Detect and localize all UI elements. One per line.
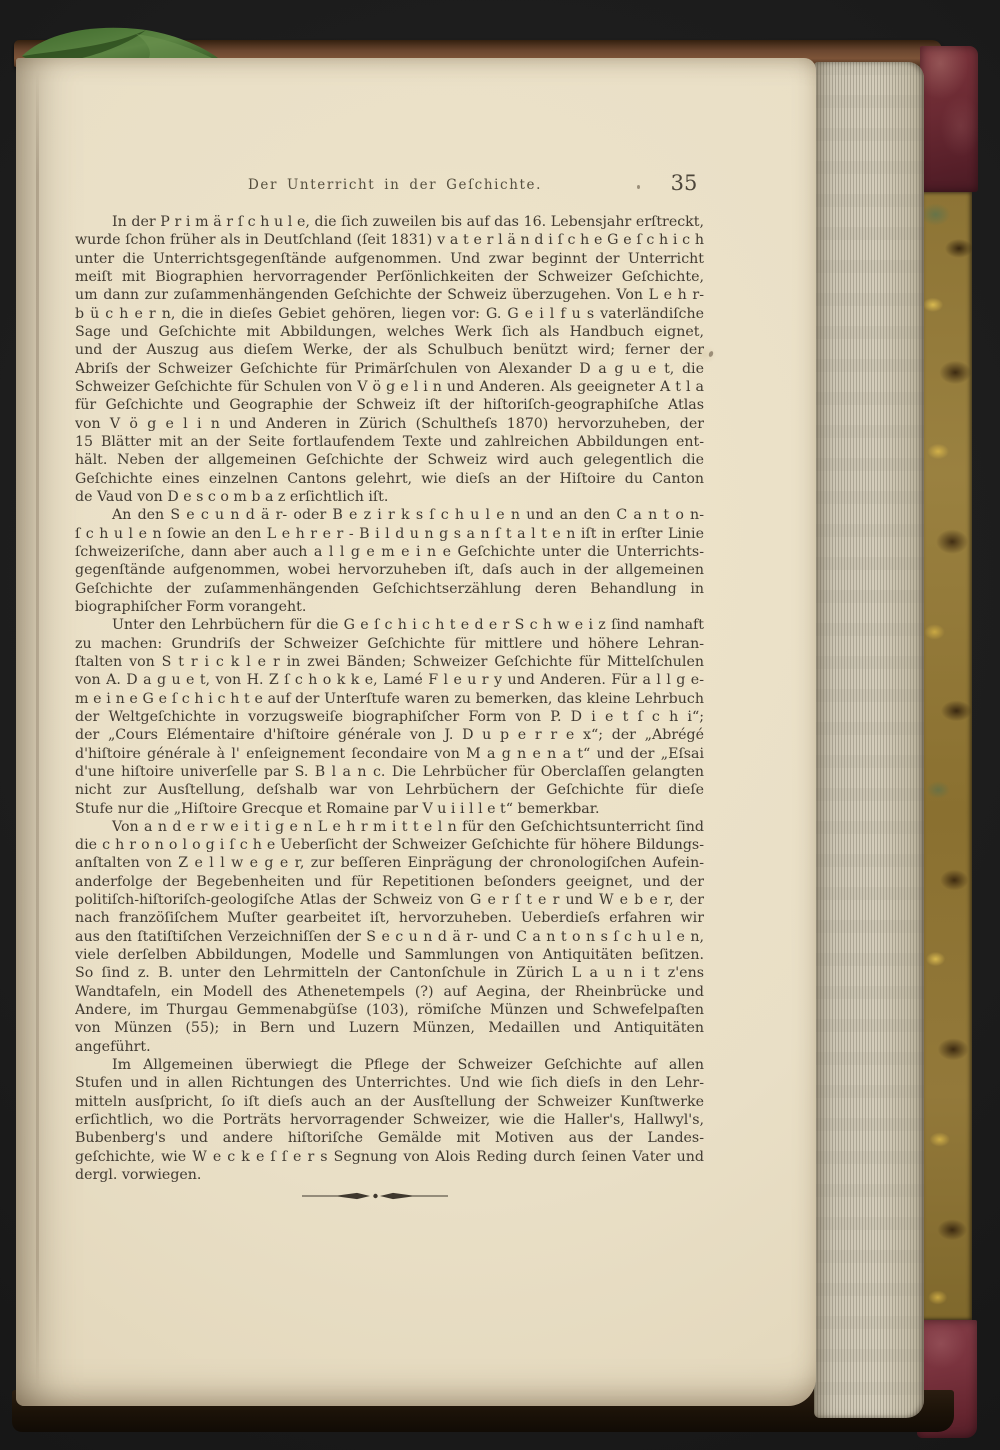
- text-line: Im Allgemeinen überwiegt die Pflege der …: [75, 1056, 704, 1074]
- text-line: politiſch-hiſtoriſch-geologiſche Atlas d…: [75, 891, 704, 909]
- text-line: die c h r o n o l o g i ſ c h e Ueberſic…: [75, 836, 704, 854]
- text-line: viele derſelben Abbildungen, Modelle und…: [75, 946, 704, 964]
- text-line: b ü c h e r n, die in dieſes Gebiet gehö…: [75, 305, 704, 323]
- text-line: In der P r i m ä r ſ c h u l e, die ſich…: [75, 213, 704, 231]
- body-text: In der P r i m ä r ſ c h u l e, die ſich…: [75, 213, 704, 1184]
- text-line: d'hiſtoire générale à l' enſeignement ſe…: [75, 745, 704, 763]
- text-line: von Münzen (55); in Bern und Luzern Münz…: [75, 1019, 704, 1037]
- text-line: unter die Unterrichtsgegenſtände aufgeno…: [75, 250, 704, 268]
- running-header: Der Unterricht in der Geſchichte.: [240, 177, 550, 193]
- text-line: biographiſcher Form vorangeht.: [75, 598, 704, 616]
- text-line: und der Auszug aus dieſem Werke, der als…: [75, 341, 704, 359]
- text-line: für Geſchichte und Geographie der Schwei…: [75, 396, 704, 414]
- text-line: Geſchichte eines einzelnen Cantons geleh…: [75, 470, 704, 488]
- text-line: zu machen: Grundriſs der Schweizer Geſch…: [75, 635, 704, 653]
- section-divider-ornament: [300, 1188, 450, 1204]
- text-line: Stufen und in allen Richtungen des Unter…: [75, 1074, 704, 1092]
- text-line: Bubenberg's und andere hiſtoriſche Gemäl…: [75, 1129, 704, 1147]
- text-line: An den S e c u n d ä r- oder B e z i r k…: [75, 506, 704, 524]
- text-line: So ſind z. B. unter den Lehrmitteln der …: [75, 964, 704, 982]
- text-line: Schweizer Geſchichte für Schulen von V ö…: [75, 378, 704, 396]
- gutter-fold-line: [36, 70, 39, 1390]
- page-number: 35: [658, 171, 710, 195]
- text-line: geſchichte, wie W e c k e ſ ſ e r s Segn…: [75, 1148, 704, 1166]
- text-line: nicht zur Ausſtellung, deſshalb war von …: [75, 781, 704, 799]
- text-line: Wandtafeln, ein Modell des Athenetempels…: [75, 983, 704, 1001]
- text-line: ſchweizeriſche, dann aber auch a l l g e…: [75, 543, 704, 561]
- text-line: Geſchichte der zuſammenhängenden Geſchic…: [75, 580, 704, 598]
- text-line: mitteln ausſpricht, ſo iſt dieſs auch an…: [75, 1093, 704, 1111]
- text-line: 15 Blätter mit an der Seite fortlaufende…: [75, 433, 704, 451]
- text-line: der „Cours Elémentaire d'hiſtoire généra…: [75, 726, 704, 744]
- text-line: aus den ſtatiſtiſchen Verzeichniſſen der…: [75, 928, 704, 946]
- text-line: anſtalten von Z e l l w e g e r, zur beſ…: [75, 854, 704, 872]
- text-line: wurde ſchon früher als in Deutſchland (ſ…: [75, 231, 704, 249]
- text-line: nach franzöſiſchem Muſter gearbeitet iſt…: [75, 909, 704, 927]
- leather-corner-top: [920, 46, 978, 192]
- ink-speck: [637, 185, 640, 189]
- text-line: von A. D a g u e t, von H. Z ſ c h o k k…: [75, 671, 704, 689]
- text-line: d'une hiſtoire univerſelle par S. B l a …: [75, 763, 704, 781]
- text-line: um dann zur zuſammenhängenden Geſchichte…: [75, 286, 704, 304]
- text-line: Stufe nur die „Hiſtoire Grecque et Romai…: [75, 800, 704, 818]
- text-line: hält. Neben der allgemeinen Geſchichte d…: [75, 451, 704, 469]
- text-line: Sage und Geſchichte mit Abbildungen, wel…: [75, 323, 704, 341]
- book-fore-edge-pages: [814, 62, 924, 1418]
- marbled-cover-edge: [920, 192, 972, 1320]
- text-line: der Weltgeſchichte in vorzugsweiſe biogr…: [75, 708, 704, 726]
- text-line: ſ c h u l e n ſowie an den L e h r e r -…: [75, 525, 704, 543]
- text-line: meiſt mit Biographien hervorragender Per…: [75, 268, 704, 286]
- text-line: erſichtlich, wo die Porträts hervorragen…: [75, 1111, 704, 1129]
- text-line: Abriſs der Schweizer Geſchichte für Prim…: [75, 360, 704, 378]
- text-line: Unter den Lehrbüchern für die G e ſ c h …: [75, 616, 704, 634]
- text-line: ſtalten von S t r i c k l e r in zwei Bä…: [75, 653, 704, 671]
- text-line: angeführt.: [75, 1038, 704, 1056]
- text-line: gegenſtände aufgenommen, wobei hervorzuh…: [75, 561, 704, 579]
- text-line: anderfolge der Begebenheiten und für Rep…: [75, 873, 704, 891]
- text-line: Andere, im Thurgau Gemmenabgüſse (103), …: [75, 1001, 704, 1019]
- text-line: de Vaud von D e s c o m b a z erſichtlic…: [75, 488, 704, 506]
- text-line: von V ö g e l i n und Anderen in Zürich …: [75, 415, 704, 433]
- text-line: m e i n e G e ſ c h i c h t e auf der Un…: [75, 690, 704, 708]
- text-line: Von a n d e r w e i t i g e n L e h r m …: [75, 818, 704, 836]
- text-line: dergl. vorwiegen.: [75, 1166, 704, 1184]
